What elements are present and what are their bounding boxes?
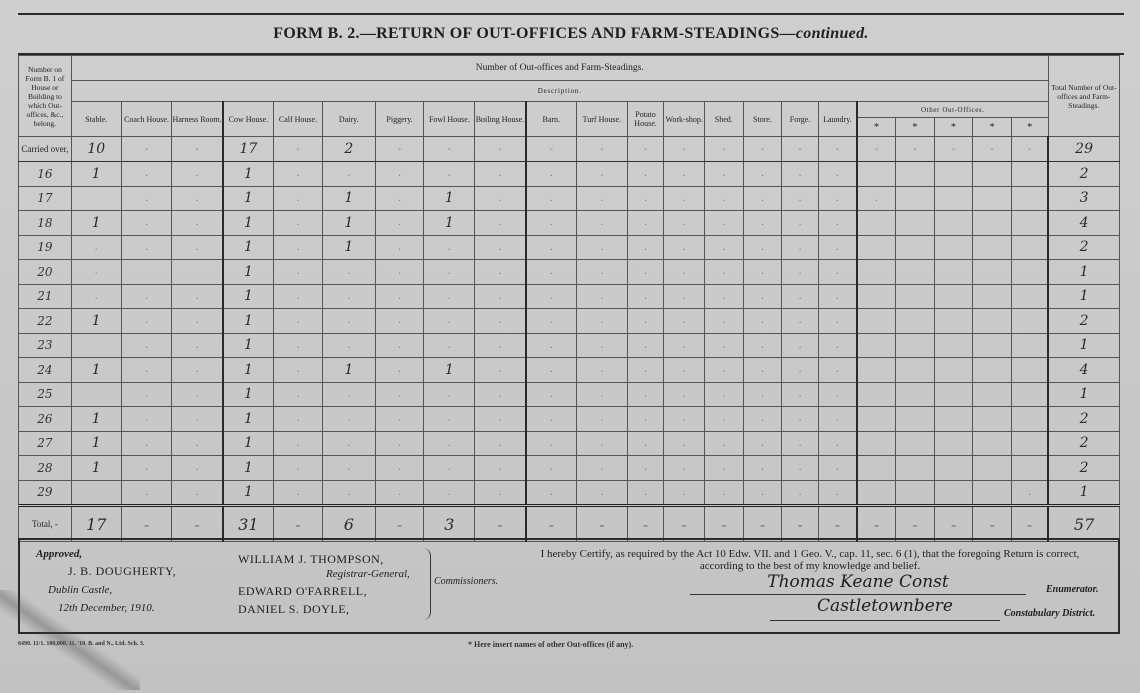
cell: . — [664, 186, 705, 211]
cell: . — [375, 284, 424, 309]
cell: . — [627, 284, 664, 309]
certification-text: I hereby Certify, as required by the Act… — [540, 548, 1080, 572]
cell — [973, 186, 1012, 211]
cell: . — [1011, 480, 1048, 506]
cell — [896, 260, 935, 285]
form-title: FORM B. 2.—RETURN OF OUT-OFFICES AND FAR… — [18, 13, 1124, 55]
cell — [857, 407, 896, 432]
cell — [934, 260, 973, 285]
cell: . — [274, 235, 323, 260]
cell — [896, 333, 935, 358]
table-row: 19...1.1...........2 — [19, 235, 1120, 260]
cell — [896, 382, 935, 407]
commissioners-label: Commissioners. — [434, 576, 498, 587]
house-number: 26 — [19, 407, 72, 432]
cell: 1 — [223, 284, 274, 309]
cell: . — [274, 211, 323, 236]
cell — [1011, 431, 1048, 456]
cell — [896, 235, 935, 260]
column-header-turf-house: Turf House. — [576, 102, 627, 137]
column-header-barn: Barn. — [526, 102, 577, 137]
cell: . — [743, 431, 782, 456]
row-label-header: Number on Form B. 1 of House or Building… — [19, 56, 72, 137]
cell: . — [526, 480, 577, 506]
cell: . — [375, 382, 424, 407]
cell: . — [743, 382, 782, 407]
row-total: 2 — [1048, 456, 1119, 481]
cell: 1 — [223, 480, 274, 506]
cell: . — [818, 358, 857, 383]
cell — [973, 358, 1012, 383]
cell: 1 — [223, 162, 274, 187]
cell: . — [121, 235, 172, 260]
cell: - — [934, 137, 973, 162]
cell: . — [743, 333, 782, 358]
house-number: 21 — [19, 284, 72, 309]
cell: . — [274, 431, 323, 456]
cell: . — [475, 309, 526, 334]
row-total: 1 — [1048, 480, 1119, 506]
cell: . — [475, 480, 526, 506]
cell: . — [818, 407, 857, 432]
approval-date: 12th December, 1910. — [58, 602, 155, 614]
cell: . — [818, 382, 857, 407]
cell — [934, 456, 973, 481]
column-header-shed: Shed. — [704, 102, 743, 137]
cell: - — [704, 137, 743, 162]
cell: - — [627, 137, 664, 162]
cell: . — [743, 162, 782, 187]
cell: . — [121, 358, 172, 383]
cell: . — [322, 260, 375, 285]
cell: . — [782, 162, 819, 187]
cell: . — [576, 407, 627, 432]
cell: . — [743, 456, 782, 481]
cell: 1 — [223, 309, 274, 334]
registrar-general-label: Registrar-General, — [326, 568, 410, 580]
row-total: 2 — [1048, 235, 1119, 260]
cell: . — [526, 284, 577, 309]
cell: . — [664, 431, 705, 456]
cell: . — [375, 407, 424, 432]
cell — [934, 480, 973, 506]
cell — [71, 186, 121, 211]
cell: . — [664, 260, 705, 285]
cell: - — [121, 137, 172, 162]
cell — [1011, 260, 1048, 285]
cell: . — [274, 284, 323, 309]
cell: . — [322, 333, 375, 358]
house-number: 29 — [19, 480, 72, 506]
cell — [934, 333, 973, 358]
table-row: 161..1.............2 — [19, 162, 1120, 187]
cell: . — [704, 235, 743, 260]
cell: - — [664, 137, 705, 162]
district-signature: Castletownbere — [770, 596, 1000, 621]
cell: . — [121, 480, 172, 506]
cell — [973, 333, 1012, 358]
cell: . — [71, 235, 121, 260]
cell — [857, 309, 896, 334]
total-cell: 17 — [71, 506, 121, 542]
cell: . — [704, 407, 743, 432]
cell: . — [743, 480, 782, 506]
cell: 1 — [71, 358, 121, 383]
cell: . — [782, 333, 819, 358]
cell: . — [424, 260, 475, 285]
cell — [1011, 211, 1048, 236]
other-outoffices-header: Other Out-Offices. — [857, 102, 1048, 118]
cell: . — [704, 431, 743, 456]
cell: 1 — [71, 407, 121, 432]
column-header-cow-house: Cow House. — [223, 102, 274, 137]
cell: . — [274, 260, 323, 285]
cell — [857, 382, 896, 407]
cell: . — [172, 358, 223, 383]
cell: . — [576, 431, 627, 456]
cell: . — [526, 382, 577, 407]
cell: . — [627, 407, 664, 432]
total-cell: - — [172, 506, 223, 542]
table-row: 17..1.1.1..........3 — [19, 186, 1120, 211]
column-header-laundry: Laundry. — [818, 102, 857, 137]
cell — [1011, 358, 1048, 383]
cell: . — [322, 382, 375, 407]
cell: . — [172, 382, 223, 407]
cell: . — [704, 382, 743, 407]
total-cell: - — [782, 506, 819, 542]
cell: . — [664, 382, 705, 407]
cell: . — [424, 382, 475, 407]
column-header-stable: Stable. — [71, 102, 121, 137]
cell: 1 — [71, 456, 121, 481]
cell: . — [172, 431, 223, 456]
cell: . — [576, 186, 627, 211]
row-total: 1 — [1048, 333, 1119, 358]
cell: . — [424, 235, 475, 260]
cell: . — [782, 309, 819, 334]
cell — [934, 382, 973, 407]
cell: 1 — [71, 162, 121, 187]
cell: . — [172, 211, 223, 236]
cell: - — [743, 137, 782, 162]
house-number: 17 — [19, 186, 72, 211]
cell: . — [172, 480, 223, 506]
cell: . — [664, 407, 705, 432]
total-cell: - — [526, 506, 577, 542]
cell: . — [818, 284, 857, 309]
cell: . — [576, 333, 627, 358]
house-number: 18 — [19, 211, 72, 236]
cell — [934, 162, 973, 187]
cell: . — [664, 333, 705, 358]
form-title-main: FORM B. 2.—RETURN OF OUT-OFFICES AND FAR… — [273, 25, 779, 43]
column-header-dairy: Dairy. — [322, 102, 375, 137]
total-cell: - — [1011, 506, 1048, 542]
cell: 1 — [223, 431, 274, 456]
cell: . — [375, 333, 424, 358]
cell: . — [782, 407, 819, 432]
total-cell: - — [743, 506, 782, 542]
cell — [1011, 186, 1048, 211]
cell: 1 — [71, 309, 121, 334]
cell: - — [1011, 137, 1048, 162]
row-total: 2 — [1048, 407, 1119, 432]
total-column-header: Total Number of Out-offices and Farm-Ste… — [1048, 56, 1119, 137]
cell: 1 — [223, 186, 274, 211]
constabulary-district-label: Constabulary District. — [1004, 608, 1095, 619]
house-number: 22 — [19, 309, 72, 334]
cell: . — [664, 211, 705, 236]
table-row: 261..1.............2 — [19, 407, 1120, 432]
cell: . — [322, 480, 375, 506]
cell: . — [526, 162, 577, 187]
cell: . — [782, 211, 819, 236]
cell: . — [664, 309, 705, 334]
cell: . — [424, 456, 475, 481]
cell: . — [743, 358, 782, 383]
cell — [896, 162, 935, 187]
cell: . — [475, 235, 526, 260]
cell — [973, 235, 1012, 260]
row-total: 1 — [1048, 260, 1119, 285]
total-cell: - — [704, 506, 743, 542]
cell: . — [627, 358, 664, 383]
cell: . — [121, 456, 172, 481]
cell: . — [664, 358, 705, 383]
cell: . — [576, 358, 627, 383]
cell: . — [274, 407, 323, 432]
cell: . — [172, 333, 223, 358]
cell: . — [704, 260, 743, 285]
cell: . — [424, 431, 475, 456]
cell: - — [576, 137, 627, 162]
cell: . — [475, 260, 526, 285]
cell: . — [743, 260, 782, 285]
enumerator-label: Enumerator. — [1046, 584, 1099, 595]
column-header-work-shop: Work-shop. — [664, 102, 705, 137]
cell: . — [627, 309, 664, 334]
cell: . — [743, 407, 782, 432]
cell: . — [172, 284, 223, 309]
total-cell: - — [934, 506, 973, 542]
cell: 1 — [223, 260, 274, 285]
footnote: * Here insert names of other Out-offices… — [468, 640, 633, 649]
cell — [1011, 162, 1048, 187]
cell — [857, 480, 896, 506]
house-number: 28 — [19, 456, 72, 481]
cell — [857, 211, 896, 236]
commissioner-doyle: DANIEL S. DOYLE, — [238, 602, 350, 617]
cell: . — [743, 284, 782, 309]
cell — [934, 358, 973, 383]
cell: . — [782, 431, 819, 456]
cell — [973, 431, 1012, 456]
outoffices-table: Number on Form B. 1 of House or Building… — [18, 55, 1120, 542]
cell: . — [664, 235, 705, 260]
cell: . — [818, 211, 857, 236]
cell — [71, 480, 121, 506]
cell: . — [121, 382, 172, 407]
total-cell: - — [818, 506, 857, 542]
cell: . — [172, 456, 223, 481]
cell: - — [896, 137, 935, 162]
cell: . — [475, 456, 526, 481]
cell: . — [818, 480, 857, 506]
row-total: 4 — [1048, 358, 1119, 383]
cell: . — [424, 480, 475, 506]
total-cell: 3 — [424, 506, 475, 542]
cell — [973, 260, 1012, 285]
cell: . — [576, 480, 627, 506]
cell: . — [475, 382, 526, 407]
house-number: 19 — [19, 235, 72, 260]
column-header-fowl-house: Fowl House. — [424, 102, 475, 137]
cell: . — [375, 186, 424, 211]
cell: . — [704, 309, 743, 334]
cell: . — [782, 456, 819, 481]
cell: . — [424, 309, 475, 334]
brace-divider — [422, 548, 431, 620]
cell: . — [818, 260, 857, 285]
column-header-piggery: Piggery. — [375, 102, 424, 137]
house-number: 25 — [19, 382, 72, 407]
cell — [1011, 235, 1048, 260]
cell: 1 — [424, 358, 475, 383]
cell — [896, 431, 935, 456]
cell: . — [704, 358, 743, 383]
cell — [934, 431, 973, 456]
cell: . — [664, 456, 705, 481]
cell: . — [375, 456, 424, 481]
approved-label: Approved, — [36, 548, 82, 560]
cell: . — [121, 333, 172, 358]
cell: . — [576, 309, 627, 334]
table-row: 23..1.............1 — [19, 333, 1120, 358]
cell: - — [475, 137, 526, 162]
column-header-boiling-house: Boiling House. — [475, 102, 526, 137]
cell — [934, 235, 973, 260]
cell: . — [375, 235, 424, 260]
cell — [857, 431, 896, 456]
cell: . — [782, 235, 819, 260]
cell — [71, 333, 121, 358]
cell: . — [172, 309, 223, 334]
cell: . — [274, 382, 323, 407]
table-row: 21...1.............1 — [19, 284, 1120, 309]
cell — [896, 407, 935, 432]
cell: . — [818, 186, 857, 211]
approver-name: J. B. DOUGHERTY, — [68, 564, 176, 579]
cell: . — [526, 358, 577, 383]
total-cell: - — [576, 506, 627, 542]
totals-row: Total, -17--31-6-3--------------57 — [19, 506, 1120, 542]
cell — [857, 284, 896, 309]
cell — [934, 186, 973, 211]
cell: . — [375, 211, 424, 236]
cell — [973, 382, 1012, 407]
cell: . — [172, 407, 223, 432]
cell: . — [704, 480, 743, 506]
cell: . — [664, 284, 705, 309]
cell: - — [973, 137, 1012, 162]
cell: . — [274, 309, 323, 334]
row-total: 2 — [1048, 309, 1119, 334]
cell: 1 — [322, 358, 375, 383]
cell — [857, 333, 896, 358]
cell: 1 — [424, 186, 475, 211]
total-cell: - — [475, 506, 526, 542]
other-outoffice-slot-2: * — [896, 118, 935, 137]
form-title-continued: —continued. — [780, 25, 869, 43]
approver-place: Dublin Castle, — [48, 584, 112, 596]
cell — [1011, 407, 1048, 432]
cell: . — [274, 162, 323, 187]
cell: . — [857, 186, 896, 211]
cell: - — [782, 137, 819, 162]
cell: . — [121, 431, 172, 456]
cell — [934, 284, 973, 309]
column-header-potato-house: Potato House. — [627, 102, 664, 137]
cell: . — [121, 309, 172, 334]
cell: 1 — [223, 235, 274, 260]
cell: . — [526, 309, 577, 334]
enumerator-signature: Thomas Keane Const — [690, 572, 1026, 595]
cell: 1 — [71, 431, 121, 456]
cell: . — [818, 431, 857, 456]
table-row: 221..1.............2 — [19, 309, 1120, 334]
cell: 1 — [322, 186, 375, 211]
cell: . — [818, 309, 857, 334]
cell: . — [274, 186, 323, 211]
house-number: 16 — [19, 162, 72, 187]
printer-imprint: 6490. 11/1. 100,000. 11. '10. B. and N.,… — [18, 641, 144, 647]
cell: . — [274, 358, 323, 383]
cell: . — [627, 333, 664, 358]
cell — [934, 309, 973, 334]
cell: . — [576, 382, 627, 407]
cell — [896, 358, 935, 383]
cell: . — [704, 456, 743, 481]
row-total: 1 — [1048, 284, 1119, 309]
cell: . — [526, 333, 577, 358]
cell: . — [375, 162, 424, 187]
total-cell: - — [973, 506, 1012, 542]
cell: . — [121, 284, 172, 309]
group-title: Number of Out-offices and Farm-Steadings… — [71, 56, 1048, 81]
cell: . — [424, 333, 475, 358]
description-label: Description. — [71, 81, 1048, 102]
cell: . — [172, 235, 223, 260]
cell — [973, 211, 1012, 236]
house-number: 24 — [19, 358, 72, 383]
cell: . — [627, 456, 664, 481]
cell: - — [818, 137, 857, 162]
commissioner-thompson: WILLIAM J. THOMPSON, — [238, 552, 384, 567]
cell: . — [322, 431, 375, 456]
table-row: 281..1.............2 — [19, 456, 1120, 481]
cell: . — [704, 333, 743, 358]
row-total: 2 — [1048, 431, 1119, 456]
cell: . — [121, 407, 172, 432]
cell — [857, 456, 896, 481]
cell — [973, 480, 1012, 506]
cell: . — [576, 260, 627, 285]
cell: . — [375, 431, 424, 456]
total-cell: 6 — [322, 506, 375, 542]
table-row: 271..1.............2 — [19, 431, 1120, 456]
cell: . — [526, 235, 577, 260]
